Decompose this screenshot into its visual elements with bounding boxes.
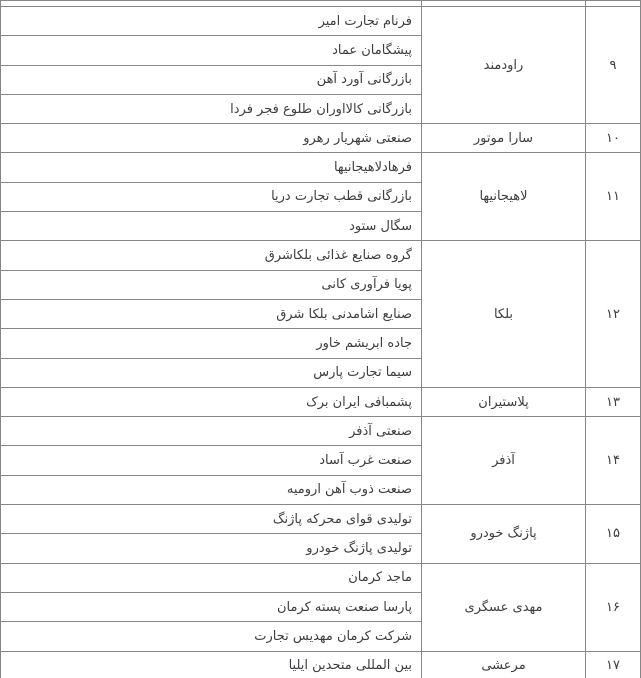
row-number-cell: ۱۱ [586, 153, 641, 241]
group-name-cell: پلاستیران [422, 387, 586, 416]
company-cell: پارسا صنعت پسته کرمان [1, 592, 422, 621]
table-row: ۹راودمندفرنام تجارت امیر [1, 7, 641, 36]
company-cell: تولیدی قوای محرکه پاژنگ [1, 505, 422, 534]
group-name-cell: راودمند [422, 7, 586, 124]
table-row: ۱۴آذفرصنعتی آذفر [1, 417, 641, 446]
company-cell: صنعتی شهریار رهرو [1, 124, 422, 153]
company-cell: بازرگانی قطب تجارت دریا [1, 182, 422, 211]
company-cell: تولیدی پاژنگ خودرو [1, 534, 422, 563]
company-cell: پشمبافی ایران برک [1, 387, 422, 416]
company-cell: سگال ستود [1, 212, 422, 241]
row-number-cell: ۱۰ [586, 124, 641, 153]
table-row: ۱۵پاژنگ خودروتولیدی قوای محرکه پاژنگ [1, 505, 641, 534]
table-row: ۱۷مرعشیبین المللی متحدین ایلیا [1, 651, 641, 678]
company-cell: گروه صنایع غذائی بلکاشرق [1, 241, 422, 270]
company-cell: پویا فرآوری کانی [1, 270, 422, 299]
row-number-cell: ۱۴ [586, 417, 641, 505]
group-name-cell: بلکا [422, 241, 586, 387]
company-cell: بازرگانی کالااوران طلوع فجر فردا [1, 94, 422, 123]
row-number-cell: ۱۷ [586, 651, 641, 678]
group-name-cell: مهدی عسگری [422, 563, 586, 651]
row-number-cell: ۱۲ [586, 241, 641, 387]
company-cell: فرنام تجارت امیر [1, 7, 422, 36]
row-number-cell: ۱۳ [586, 387, 641, 416]
company-cell: صنعتی آذفر [1, 417, 422, 446]
group-name-cell: آذفر [422, 417, 586, 505]
company-cell: پیشگامان عماد [1, 36, 422, 65]
row-number-cell: ۱۵ [586, 505, 641, 564]
company-cell: بین المللی متحدین ایلیا [1, 651, 422, 678]
table-body: ۹راودمندفرنام تجارت امیرپیشگامان عمادباز… [1, 1, 641, 678]
company-cell: ماجد کرمان [1, 563, 422, 592]
table-row: ۱۱لاهیجانیهافرهادلاهیجانیها [1, 153, 641, 182]
company-cell: شرکت کرمان مهدیس تجارت [1, 622, 422, 651]
group-name-cell: سارا موتور [422, 124, 586, 153]
company-cell: بازرگانی آورد آهن [1, 65, 422, 94]
table-row: ۱۶مهدی عسگریماجد کرمان [1, 563, 641, 592]
row-number-cell: ۹ [586, 7, 641, 124]
table-row: ۱۰سارا موتورصنعتی شهریار رهرو [1, 124, 641, 153]
row-number-cell: ۱۶ [586, 563, 641, 651]
table-row: ۱۲بلکاگروه صنایع غذائی بلکاشرق [1, 241, 641, 270]
table-screenshot: ۹راودمندفرنام تجارت امیرپیشگامان عمادباز… [0, 0, 641, 678]
company-cell: صنعت غرب آساد [1, 446, 422, 475]
company-cell: جاده ابریشم خاور [1, 329, 422, 358]
group-name-cell: پاژنگ خودرو [422, 505, 586, 564]
company-cell: سیما تجارت پارس [1, 358, 422, 387]
group-name-cell: مرعشی [422, 651, 586, 678]
company-cell: فرهادلاهیجانیها [1, 153, 422, 182]
group-name-cell: لاهیجانیها [422, 153, 586, 241]
companies-table: ۹راودمندفرنام تجارت امیرپیشگامان عمادباز… [0, 0, 641, 678]
company-cell: صنایع اشامدنی بلکا شرق [1, 299, 422, 328]
company-cell: صنعت ذوب آهن ارومیه [1, 475, 422, 504]
table-row: ۱۳پلاستیرانپشمبافی ایران برک [1, 387, 641, 416]
